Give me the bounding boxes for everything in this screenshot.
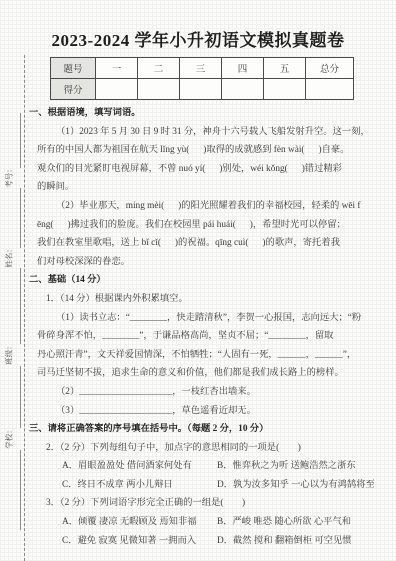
option-row: A．眉眼盈盈处 借问酒家何处有B．惟弈秋之为听 送鲍浩然之浙东 bbox=[62, 457, 389, 476]
seal-dashed-line bbox=[24, 55, 25, 561]
margin-fill-line bbox=[20, 113, 21, 168]
text-line: 丹心照汗青”，文天祥爱国情深，不怕牺牲；“人固有一死，______，______… bbox=[37, 346, 389, 365]
margin-fill-line bbox=[20, 450, 21, 530]
question-line: 2．（2 分）下列每组句子中，加点字的意思相同的一项是( ) bbox=[46, 439, 389, 458]
score-table-col-total: 总分 bbox=[306, 58, 354, 79]
score-cell bbox=[306, 79, 354, 100]
text-line: 的瞬间。 bbox=[37, 178, 389, 197]
option-row: C．终日不成章 两小儿辩日D．孰为汝多知乎 一心以为有鸿鹄将至 bbox=[62, 476, 389, 495]
score-table-col: 三 bbox=[180, 58, 222, 79]
option-item: B．严峻 唯恐 随心所欲 心平气和 bbox=[217, 517, 351, 527]
score-table-col: 一 bbox=[96, 58, 138, 79]
score-table-col: 四 bbox=[222, 58, 264, 79]
margin-field-school: 学校： bbox=[4, 421, 15, 455]
margin-fill-line bbox=[20, 268, 21, 344]
question-line: 1．（14 分）根据课内外积累填空。 bbox=[46, 290, 389, 309]
score-table-score-row: 得分 bbox=[51, 79, 354, 100]
score-cell bbox=[96, 79, 138, 100]
score-cell bbox=[138, 79, 180, 100]
blank-line: （3）____________________，草色遥看近却无。 bbox=[37, 402, 389, 421]
score-table-label-question-number: 题号 bbox=[51, 58, 96, 79]
option-item: C．避免 寂寞 见微知著 一拥而入 bbox=[62, 532, 217, 551]
margin-field-class: 班级： bbox=[4, 337, 15, 371]
text-line: （1）2023 年 5 月 30 日 9 时 31 分，神舟十六号载人飞船发射升… bbox=[37, 123, 389, 142]
option-item: D．截然 搅和 翻箱倒柜 可空见惯 bbox=[217, 536, 352, 546]
question-line: 3．（2 分）下列词语字形完全正确的一组是( ) bbox=[46, 494, 389, 513]
exam-body: 一、根据语境，填写词语。 （1）2023 年 5 月 30 日 9 时 31 分… bbox=[37, 104, 389, 550]
score-cell bbox=[222, 79, 264, 100]
section-heading-1: 一、根据语境，填写词语。 bbox=[29, 104, 389, 123]
score-table: 题号 一 二 三 四 五 总分 得分 bbox=[50, 57, 354, 100]
text-line: 观众们的目光紧盯电视屏幕，不曾 nuó yí( )别处，wéi kǒng( )错… bbox=[37, 160, 389, 179]
section-heading-2: 二、基础（14 分） bbox=[29, 271, 389, 290]
score-table-label-score: 得分 bbox=[51, 79, 96, 100]
text-line: ēng( )拂过我们的脸庞。我们在校园里 pái huái( )，希望时光可以停… bbox=[37, 216, 389, 235]
margin-fill-line bbox=[20, 366, 21, 428]
option-row: C．避免 寂寞 见微知著 一拥而入D．截然 搅和 翻箱倒柜 可空见惯 bbox=[62, 532, 389, 551]
score-table-col: 二 bbox=[138, 58, 180, 79]
exam-paper-page: 考号： 姓名： 班级： 学校： 2023-2024 学年小升初语文模拟真题卷 题… bbox=[0, 0, 396, 561]
option-item: A．倾覆 凄凉 无暇顾及 焉知非福 bbox=[62, 513, 217, 532]
option-item: C．终日不成章 两小儿辩日 bbox=[62, 476, 217, 495]
text-line: 我们在教室里歌唱，送上 bǐ cǐ( )的祝福。qīng cuì( )的歌声，寄… bbox=[37, 234, 389, 253]
score-cell bbox=[180, 79, 222, 100]
margin-field-exam-number: 考号： bbox=[4, 160, 15, 194]
option-row: A．倾覆 凄凉 无暇顾及 焉知非福B．严峻 唯恐 随心所欲 心平气和 bbox=[62, 513, 389, 532]
text-line: 司马迁坚韧不拔，追求生命的意义和价值，他们都是我们成长路上的榜样。 bbox=[37, 364, 389, 383]
margin-field-name: 姓名： bbox=[4, 240, 15, 274]
text-line: （1）读书立志：“________，快走踏清秋”，李贺一心报国，志向远大；“粉 bbox=[37, 309, 389, 328]
score-cell bbox=[264, 79, 306, 100]
option-item: A．眉眼盈盈处 借问酒家何处有 bbox=[62, 457, 217, 476]
text-line: （2）毕业那天，míng mèi( )的阳光照耀着我们的幸福校园，轻柔的 wēi… bbox=[37, 197, 389, 216]
text-line: 们对母校深深的眷恋。 bbox=[37, 253, 389, 272]
text-line: 骨碎身浑不怕，________”，于谦品格高尚，坚贞不屈；“________，留… bbox=[37, 327, 389, 346]
score-table-header-row: 题号 一 二 三 四 五 总分 bbox=[51, 58, 354, 79]
margin-fill-line bbox=[20, 188, 21, 248]
score-table-col: 五 bbox=[264, 58, 306, 79]
option-item: B．惟弈秋之为听 送鲍浩然之浙东 bbox=[217, 461, 356, 471]
option-item: D．孰为汝多知乎 一心以为有鸿鹄将至 bbox=[217, 480, 375, 490]
page-title: 2023-2024 学年小升初语文模拟真题卷 bbox=[0, 26, 396, 51]
section-heading-3: 三、请将正确答案的序号填在括号中。（每题 2 分，10 分） bbox=[29, 420, 389, 439]
text-line: 所有的中国人都为祖国在航天 lǐng yù( )取得的成就感到 fèn wài(… bbox=[37, 141, 389, 160]
blank-line: （2）____________________，一枝红杏出墙来。 bbox=[37, 383, 389, 402]
